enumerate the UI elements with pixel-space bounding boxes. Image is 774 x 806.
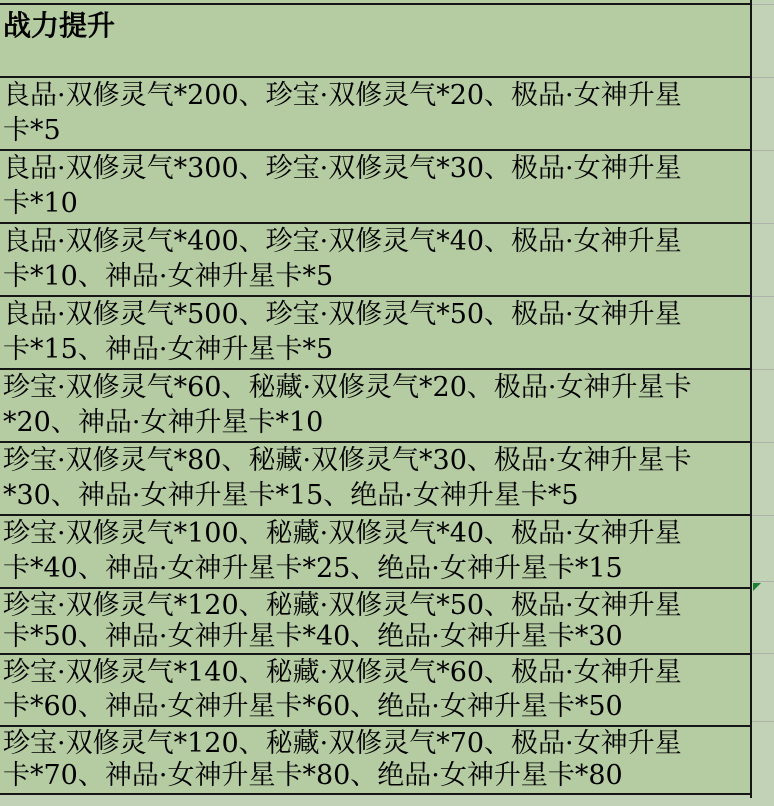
error-indicator-triangle-icon [753, 583, 761, 591]
cell-text-line: 良品·双修灵气*400、珍宝·双修灵气*40、极品·女神升星 [3, 224, 748, 259]
cell-text-line: 卡*5 [3, 113, 748, 148]
cell-text-line: 卡*70、神品·女神升星卡*80、绝品·女神升星卡*80 [3, 760, 748, 792]
page-title: 战力提升 [3, 11, 748, 41]
cell-text-line: 卡*60、神品·女神升星卡*60、绝品·女神升星卡*50 [3, 690, 748, 724]
adjacent-cell[interactable] [752, 224, 774, 297]
spreadsheet-cell[interactable]: 珍宝·双修灵气*140、秘藏·双修灵气*60、极品·女神升星 卡*60、神品·女… [0, 655, 750, 727]
cell-text-line: 良品·双修灵气*500、珍宝·双修灵气*50、极品·女神升星 [3, 297, 748, 332]
adjacent-column [752, 0, 774, 798]
adjacent-cell[interactable] [752, 516, 774, 582]
cell-text-line: 卡*15、神品·女神升星卡*5 [3, 332, 748, 367]
spreadsheet-view: 战力提升 良品·双修灵气*200、珍宝·双修灵气*20、极品·女神升星 卡*5 … [0, 0, 774, 806]
spreadsheet-cell[interactable]: 珍宝·双修灵气*100、秘藏·双修灵气*40、极品·女神升星 卡*40、神品·女… [0, 516, 750, 589]
cell-text-line: 良品·双修灵气*300、珍宝·双修灵气*30、极品·女神升星 [3, 151, 748, 186]
cell-text-line: 珍宝·双修灵气*120、秘藏·双修灵气*50、极品·女神升星 [3, 590, 748, 621]
spreadsheet-cell[interactable]: 珍宝·双修灵气*120、秘藏·双修灵气*70、极品·女神升星 卡*70、神品·女… [0, 727, 750, 795]
adjacent-cell[interactable] [752, 297, 774, 370]
adjacent-cell[interactable] [752, 78, 774, 151]
header-cell[interactable]: 战力提升 [0, 5, 750, 78]
spreadsheet-cell[interactable]: 珍宝·双修灵气*120、秘藏·双修灵气*50、极品·女神升星 卡*50、神品·女… [0, 589, 750, 655]
adjacent-cell[interactable] [752, 582, 774, 654]
cell-text-line: *20、神品·女神升星卡*10 [3, 405, 748, 440]
adjacent-cell[interactable] [752, 443, 774, 516]
adjacent-cell[interactable] [752, 370, 774, 443]
spreadsheet-cell[interactable]: 良品·双修灵气*300、珍宝·双修灵气*30、极品·女神升星 卡*10 [0, 151, 750, 224]
spreadsheet-cell[interactable]: 珍宝·双修灵气*60、秘藏·双修灵气*20、极品·女神升星卡 *20、神品·女神… [0, 370, 750, 443]
reward-column: 战力提升 良品·双修灵气*200、珍宝·双修灵气*20、极品·女神升星 卡*5 … [0, 0, 752, 798]
cell-text-line: 珍宝·双修灵气*140、秘藏·双修灵气*60、极品·女神升星 [3, 656, 748, 690]
cell-text-line: 卡*40、神品·女神升星卡*25、绝品·女神升星卡*15 [3, 551, 748, 586]
cell-text-line: 卡*10 [3, 186, 748, 221]
adjacent-cell[interactable] [752, 654, 774, 722]
spreadsheet-cell[interactable]: 良品·双修灵气*400、珍宝·双修灵气*40、极品·女神升星 卡*10、神品·女… [0, 224, 750, 297]
adjacent-cell[interactable] [752, 5, 774, 78]
spreadsheet-cell[interactable]: 珍宝·双修灵气*80、秘藏·双修灵气*30、极品·女神升星卡 *30、神品·女神… [0, 443, 750, 516]
adjacent-cell[interactable] [752, 151, 774, 224]
cell-text-line: 卡*50、神品·女神升星卡*40、绝品·女神升星卡*30 [3, 621, 748, 652]
cell-text-line: 卡*10、神品·女神升星卡*5 [3, 259, 748, 294]
cell-text-line: 珍宝·双修灵气*80、秘藏·双修灵气*30、极品·女神升星卡 [3, 443, 748, 478]
cell-text-line: 珍宝·双修灵气*120、秘藏·双修灵气*70、极品·女神升星 [3, 728, 748, 760]
spreadsheet-cell[interactable]: 良品·双修灵气*200、珍宝·双修灵气*20、极品·女神升星 卡*5 [0, 78, 750, 151]
cell-text-line: 珍宝·双修灵气*100、秘藏·双修灵气*40、极品·女神升星 [3, 516, 748, 551]
cell-text-line: *30、神品·女神升星卡*15、绝品·女神升星卡*5 [3, 478, 748, 513]
spreadsheet-cell[interactable]: 良品·双修灵气*500、珍宝·双修灵气*50、极品·女神升星 卡*15、神品·女… [0, 297, 750, 370]
cell-text-line: 珍宝·双修灵气*60、秘藏·双修灵气*20、极品·女神升星卡 [3, 370, 748, 405]
cell-text-line: 良品·双修灵气*200、珍宝·双修灵气*20、极品·女神升星 [3, 78, 748, 113]
